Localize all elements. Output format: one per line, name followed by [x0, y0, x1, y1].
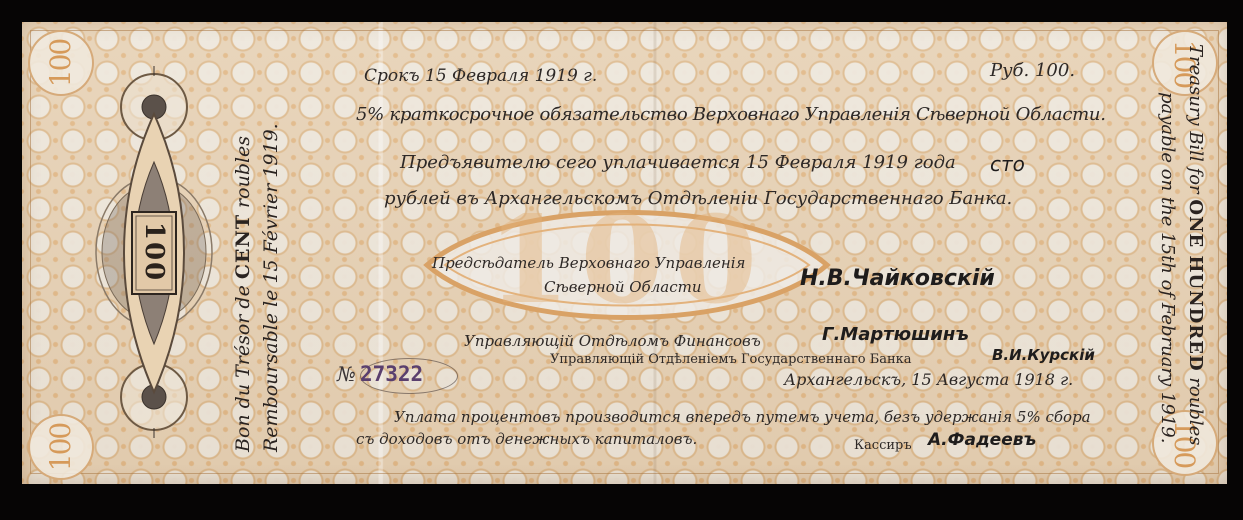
english-text-line-1: Treasury Bill for ONE HUNDRED roubles — [1185, 44, 1206, 446]
french-text-pre: Bon du Trésor de — [232, 285, 254, 452]
bank-title: Управляющій Отдѣленіемъ Государственнаго… — [550, 352, 912, 367]
serial-number: №27322 — [337, 362, 423, 386]
corner-value: 100 — [44, 423, 77, 470]
medallion-ornament: 100 — [94, 62, 214, 442]
cashier-title: Кассиръ — [854, 438, 912, 453]
french-text-caps: CENT — [232, 214, 254, 279]
finance-title: Управляющій Отдѣломъ Финансовъ — [464, 332, 761, 350]
amount-line: Руб. 100. — [990, 60, 1075, 81]
bank-signature: В.И.Курскій — [992, 346, 1095, 364]
body-line-2: рублей въ Архангельскомъ Отдѣленіи Госуд… — [384, 188, 1012, 209]
english-text-caps: ONE HUNDRED — [1185, 199, 1206, 371]
french-text-line-1: Bon du Trésor de CENT roubles — [232, 136, 254, 452]
corner-denomination-top-left: 100 — [28, 30, 94, 96]
chairman-signature: Н.В.Чайковскій — [800, 266, 995, 291]
medallion-value: 100 — [139, 222, 169, 282]
chairman-title-2: Сѣверной Области — [544, 278, 702, 296]
english-text-pre: Treasury Bill for — [1185, 44, 1206, 194]
chairman-title-1: Предсѣдатель Верховнаго Управленія — [432, 254, 745, 272]
cashier-signature: А.Фадеевъ — [928, 430, 1036, 450]
english-text-post: roubles — [1185, 377, 1206, 445]
french-text-post: roubles — [232, 136, 254, 208]
interest-line-2: съ доходовъ отъ денежныхъ капиталовъ. — [356, 430, 697, 448]
corner-denomination-bottom-left: 100 — [28, 414, 94, 480]
bond-title: 5% краткосрочное обязательство Верховнаг… — [356, 104, 1106, 125]
serial-prefix: № — [337, 362, 356, 386]
banknote: 100 100 1 — [22, 22, 1227, 484]
corner-value: 100 — [44, 39, 77, 86]
serial-value: 27322 — [360, 362, 423, 386]
term-line: Срокъ 15 Февраля 1919 г. — [364, 66, 597, 86]
body-line-1: Предъявителю сего уплачивается 15 Феврал… — [400, 152, 956, 173]
english-text-line-2: payable on the 15th of February 1919. — [1157, 92, 1178, 443]
finance-signature: Г.Мартюшинъ — [822, 324, 969, 345]
interest-line-1: Уплата процентовъ производится впередъ п… — [394, 408, 1091, 426]
place-date: Архангельскъ, 15 Августа 1918 г. — [784, 370, 1073, 389]
amount-in-words: сто — [990, 152, 1025, 176]
left-panel: 100 100 1 — [22, 22, 322, 484]
french-text-line-2: Remboursable le 15 Février 1919. — [260, 123, 282, 452]
